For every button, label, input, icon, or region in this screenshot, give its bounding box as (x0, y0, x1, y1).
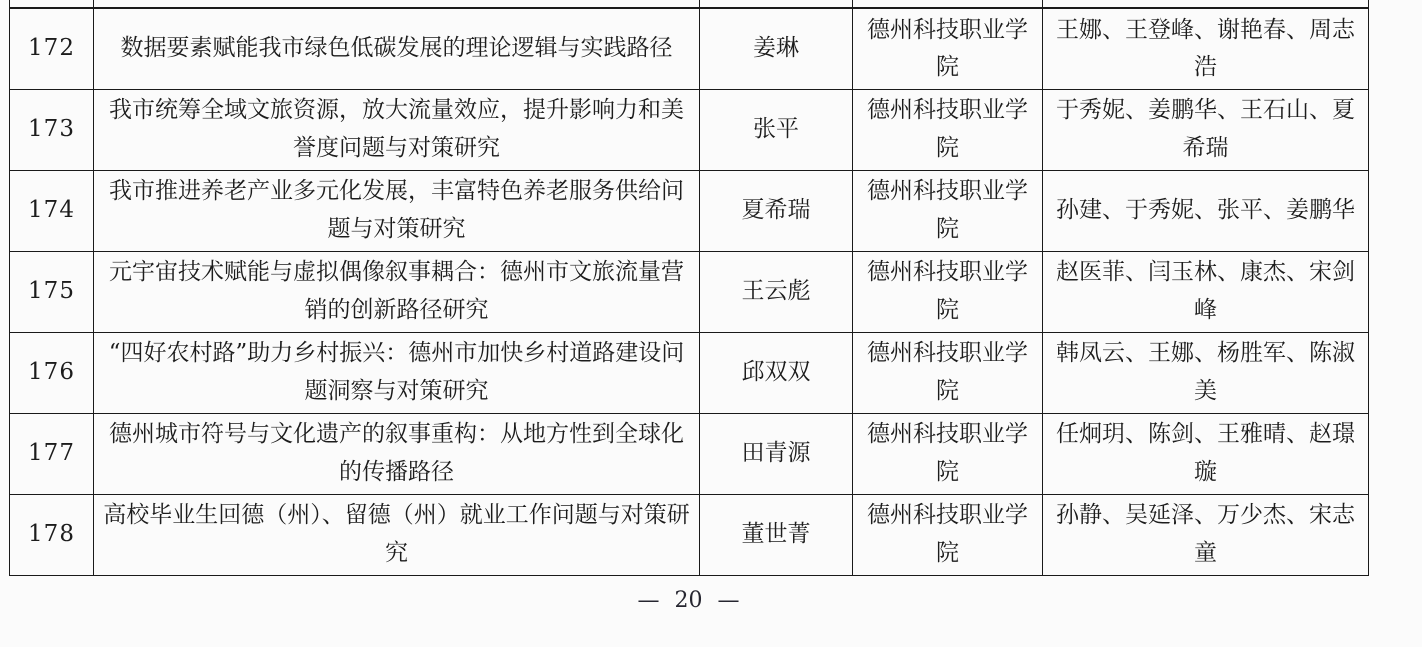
cell-leader: 姜琳 (700, 8, 853, 89)
cell-number: 175 (10, 251, 94, 332)
cell-leader: 夏希瑞 (700, 170, 853, 251)
partial-cell (1043, 0, 1369, 8)
cell-title: 元宇宙技术赋能与虚拟偶像叙事耦合：德州市文旅流量营销的创新路径研究 (94, 251, 700, 332)
cell-institution: 德州科技职业学院 (853, 251, 1043, 332)
cell-institution: 德州科技职业学院 (853, 413, 1043, 494)
table-row: 175元宇宙技术赋能与虚拟偶像叙事耦合：德州市文旅流量营销的创新路径研究王云彪德… (10, 251, 1369, 332)
cell-leader: 邱双双 (700, 332, 853, 413)
cell-institution: 德州科技职业学院 (853, 170, 1043, 251)
cell-institution: 德州科技职业学院 (853, 89, 1043, 170)
cell-leader: 王云彪 (700, 251, 853, 332)
cell-title: 数据要素赋能我市绿色低碳发展的理论逻辑与实践路径 (94, 8, 700, 89)
document-page: 172数据要素赋能我市绿色低碳发展的理论逻辑与实践路径姜琳德州科技职业学院王娜、… (0, 0, 1422, 647)
cell-leader: 董世菁 (700, 494, 853, 575)
cell-members: 于秀妮、姜鹏华、王石山、夏希瑞 (1043, 89, 1369, 170)
page-number-text: — 20 — (638, 588, 740, 613)
cell-number: 176 (10, 332, 94, 413)
cell-title: 我市推进养老产业多元化发展，丰富特色养老服务供给问题与对策研究 (94, 170, 700, 251)
table-row: 174我市推进养老产业多元化发展，丰富特色养老服务供给问题与对策研究夏希瑞德州科… (10, 170, 1369, 251)
table-row-partial (10, 0, 1369, 8)
page-number: — 20 — (9, 588, 1368, 613)
cell-members: 王娜、王登峰、谢艳春、周志浩 (1043, 8, 1369, 89)
table-row: 172数据要素赋能我市绿色低碳发展的理论逻辑与实践路径姜琳德州科技职业学院王娜、… (10, 8, 1369, 89)
cell-title: 我市统筹全域文旅资源，放大流量效应，提升影响力和美誉度问题与对策研究 (94, 89, 700, 170)
cell-leader: 张平 (700, 89, 853, 170)
partial-cell (10, 0, 94, 8)
cell-number: 174 (10, 170, 94, 251)
cell-members: 孙静、吴延泽、万少杰、宋志童 (1043, 494, 1369, 575)
cell-title: 高校毕业生回德（州）、留德（州）就业工作问题与对策研究 (94, 494, 700, 575)
cell-institution: 德州科技职业学院 (853, 494, 1043, 575)
cell-number: 178 (10, 494, 94, 575)
cell-title: “四好农村路”助力乡村振兴：德州市加快乡村道路建设问题洞察与对策研究 (94, 332, 700, 413)
cell-leader: 田青源 (700, 413, 853, 494)
cell-title: 德州城市符号与文化遗产的叙事重构：从地方性到全球化的传播路径 (94, 413, 700, 494)
cell-number: 172 (10, 8, 94, 89)
partial-cell (853, 0, 1043, 8)
partial-cell (700, 0, 853, 8)
partial-cell (94, 0, 700, 8)
cell-institution: 德州科技职业学院 (853, 332, 1043, 413)
cell-members: 赵医菲、闫玉林、康杰、宋剑峰 (1043, 251, 1369, 332)
cell-number: 173 (10, 89, 94, 170)
table-row: 178高校毕业生回德（州）、留德（州）就业工作问题与对策研究董世菁德州科技职业学… (10, 494, 1369, 575)
table-row: 177德州城市符号与文化遗产的叙事重构：从地方性到全球化的传播路径田青源德州科技… (10, 413, 1369, 494)
projects-table: 172数据要素赋能我市绿色低碳发展的理论逻辑与实践路径姜琳德州科技职业学院王娜、… (9, 0, 1369, 576)
table-row: 176“四好农村路”助力乡村振兴：德州市加快乡村道路建设问题洞察与对策研究邱双双… (10, 332, 1369, 413)
table-row: 173我市统筹全域文旅资源，放大流量效应，提升影响力和美誉度问题与对策研究张平德… (10, 89, 1369, 170)
cell-members: 孙建、于秀妮、张平、姜鹏华 (1043, 170, 1369, 251)
cell-members: 韩凤云、王娜、杨胜军、陈淑美 (1043, 332, 1369, 413)
cell-institution: 德州科技职业学院 (853, 8, 1043, 89)
cell-members: 任炯玥、陈剑、王雅晴、赵璟璇 (1043, 413, 1369, 494)
cell-number: 177 (10, 413, 94, 494)
